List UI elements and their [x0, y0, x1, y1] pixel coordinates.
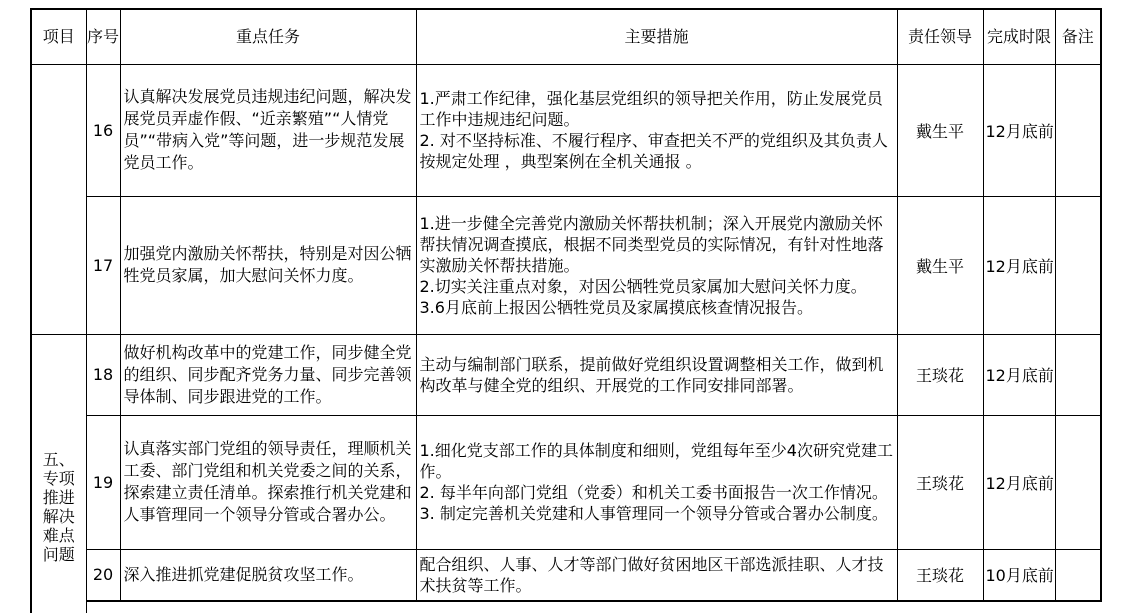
- header-cell-leader: 责任领导: [897, 9, 983, 64]
- row20-deadline: 10月底前: [983, 549, 1055, 601]
- row18-no: 18: [86, 334, 120, 415]
- row20-task: 深入推进抓党建促脱贫攻坚工作。: [120, 549, 416, 601]
- row17-leader: 戴生平: [897, 196, 983, 334]
- table-row-19: 19 认真落实部门党组的领导责任，理顺机关工委、部门党组和机关党委之间的关系，探…: [31, 415, 1101, 549]
- row16-no: 16: [86, 64, 120, 196]
- header-cell-remark: 备注: [1055, 9, 1101, 64]
- table-row-16: 16 认真解决发展党员违规违纪问题，解决发展党员弄虚作假、“近亲繁殖”“人情党员…: [31, 64, 1101, 196]
- row18-deadline: 12月底前: [983, 334, 1055, 415]
- row16-deadline: 12月底前: [983, 64, 1055, 196]
- project-group-label: 五、 专项 推进 解决 难点 问题: [31, 334, 86, 601]
- row18-task: 做好机构改革中的党建工作，同步健全党的组织、同步配齐党务力量、同步完善领导体制、…: [120, 334, 416, 415]
- table-row-20: 20 深入推进抓党建促脱贫攻坚工作。 配合组织、人事、人才等部门做好贫困地区干部…: [31, 549, 1101, 601]
- project-column-left-border-extension: [30, 600, 32, 613]
- row19-task: 认真落实部门党组的领导责任，理顺机关工委、部门党组和机关党委之间的关系，探索建立…: [120, 415, 416, 549]
- row16-measures: 1.严肃工作纪律，强化基层党组织的领导把关作用，防止发展党员工作中违规违纪问题。…: [416, 64, 897, 196]
- row16-remark: [1055, 64, 1101, 196]
- project-cell-continued: [31, 64, 86, 334]
- row19-remark: [1055, 415, 1101, 549]
- header-cell-measures: 主要措施: [416, 9, 897, 64]
- row18-leader: 王琰花: [897, 334, 983, 415]
- row20-no: 20: [86, 549, 120, 601]
- table-row-17: 17 加强党内激励关怀帮扶，特别是对因公牺牲党员家属，加大慰问关怀力度。 1.进…: [31, 196, 1101, 334]
- document-page: 项目 序号 重点任务 主要措施 责任领导 完成时限 备注 16 认真解决发展党员…: [0, 0, 1139, 613]
- row19-deadline: 12月底前: [983, 415, 1055, 549]
- row20-measures: 配合组织、人事、人才等部门做好贫困地区干部选派挂职、人才技术扶贫等工作。: [416, 549, 897, 601]
- row17-remark: [1055, 196, 1101, 334]
- row17-measures: 1.进一步健全完善党内激励关怀帮扶机制；深入开展党内激励关怀帮扶情况调查摸底，根…: [416, 196, 897, 334]
- header-cell-deadline: 完成时限: [983, 9, 1055, 64]
- table-row-18: 五、 专项 推进 解决 难点 问题 18 做好机构改革中的党建工作，同步健全党的…: [31, 334, 1101, 415]
- row17-deadline: 12月底前: [983, 196, 1055, 334]
- row18-remark: [1055, 334, 1101, 415]
- row17-task: 加强党内激励关怀帮扶，特别是对因公牺牲党员家属，加大慰问关怀力度。: [120, 196, 416, 334]
- row20-remark: [1055, 549, 1101, 601]
- task-table: 项目 序号 重点任务 主要措施 责任领导 完成时限 备注 16 认真解决发展党员…: [30, 8, 1102, 602]
- row18-measures: 主动与编制部门联系，提前做好党组织设置调整相关工作，做到机构改革与健全党的组织、…: [416, 334, 897, 415]
- table-header-row: 项目 序号 重点任务 主要措施 责任领导 完成时限 备注: [31, 9, 1101, 64]
- row16-leader: 戴生平: [897, 64, 983, 196]
- header-cell-task: 重点任务: [120, 9, 416, 64]
- row19-no: 19: [86, 415, 120, 549]
- header-cell-project: 项目: [31, 9, 86, 64]
- header-cell-no: 序号: [86, 9, 120, 64]
- row19-leader: 王琰花: [897, 415, 983, 549]
- row17-no: 17: [86, 196, 120, 334]
- row16-task: 认真解决发展党员违规违纪问题，解决发展党员弄虚作假、“近亲繁殖”“人情党员”“带…: [120, 64, 416, 196]
- row20-leader: 王琰花: [897, 549, 983, 601]
- project-column-right-border-extension: [86, 600, 87, 613]
- row19-measures: 1.细化党支部工作的具体制度和细则，党组每年至少4次研究党建工作。 2. 每半年…: [416, 415, 897, 549]
